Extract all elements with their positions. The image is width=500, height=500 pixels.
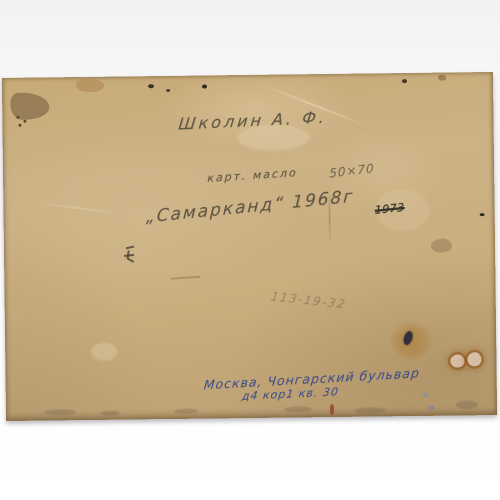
inscription-artist-name: Школин А. Ф.	[177, 107, 328, 133]
inscription-phone-number: 113-19-32	[269, 289, 347, 311]
edge-dot	[402, 79, 407, 83]
worn-light-patch	[91, 343, 117, 361]
edge-dot	[166, 89, 170, 92]
bottom-smudge	[100, 411, 120, 416]
edge-mark-top-right	[438, 75, 446, 81]
bottom-smudge	[44, 409, 76, 415]
inscription-dimensions: 50×70	[329, 161, 374, 180]
bottom-smudge	[174, 409, 198, 414]
bottom-smudge	[284, 406, 312, 412]
faint-scratch-left	[34, 201, 123, 214]
inscription-medium: карт. масло	[207, 166, 298, 185]
red-paint-mark-bottom	[330, 404, 334, 415]
edge-smudge-top	[76, 79, 104, 92]
photo: { "photo": { "subject": "Back of a paint…	[0, 0, 500, 500]
inscription-title-year: „Самарканд“ 1968г	[145, 186, 354, 227]
edge-dot	[202, 85, 207, 89]
blue-fleck	[429, 406, 434, 410]
cardboard-verso: Школин А. Ф. карт. масло 50×70 „Самаркан…	[2, 72, 497, 421]
dark-dot-right	[480, 213, 485, 216]
bottom-smudge	[456, 400, 478, 409]
blue-fleck	[423, 393, 428, 397]
bottom-smudge	[354, 407, 386, 413]
pencil-dots-top-left	[14, 116, 34, 128]
edge-dot	[148, 84, 154, 88]
faint-squiggle	[170, 276, 200, 280]
gray-smudge-right	[431, 239, 452, 253]
double-drip-stain	[446, 348, 486, 378]
pencil-scribble-left	[120, 246, 138, 268]
